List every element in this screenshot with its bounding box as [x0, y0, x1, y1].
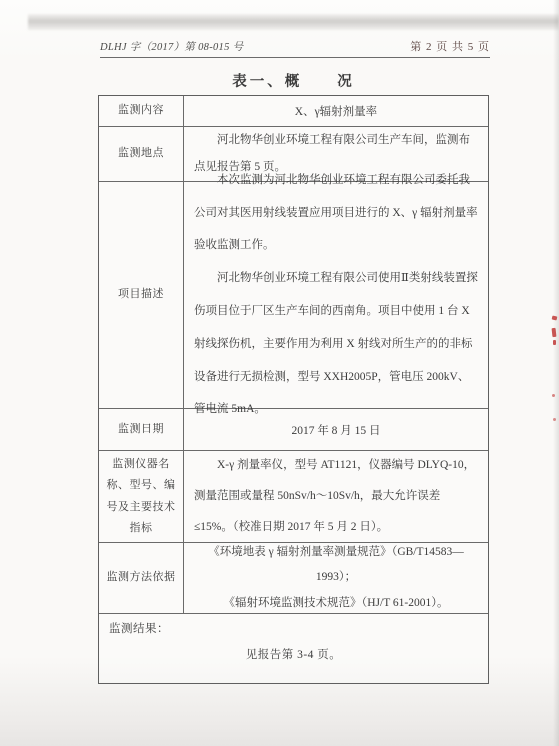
- row-value: 《环境地表 γ 辐射剂量率测量规范》（GB/T14583—1993）； 《辐射环…: [184, 543, 488, 613]
- row-label: 监测内容: [99, 96, 184, 126]
- table-row-monitor-result: 监测结果： 见报告第 3-4 页。: [99, 613, 488, 683]
- table-row-project-description: 项目描述 本次监测为河北物华创业环境工程有限公司委托我公司对其医用射线装置应用项…: [99, 181, 488, 408]
- row-value: 2017 年 8 月 15 日: [184, 409, 488, 450]
- table-row-monitor-date: 监测日期 2017 年 8 月 15 日: [99, 408, 488, 450]
- result-label: 监测结果：: [109, 620, 478, 636]
- overview-table: 监测内容 X、γ辐射剂量率 监测地点 河北物华创业环境工程有限公司生产车间，监测…: [98, 95, 489, 684]
- page-header: DLHJ 字（2017）第 08-015 号 第 2 页 共 5 页: [100, 38, 490, 58]
- row-label: 项目描述: [99, 182, 184, 408]
- row-label: 监测方法依据: [99, 543, 184, 613]
- table-row-monitor-content: 监测内容 X、γ辐射剂量率: [99, 96, 488, 126]
- instrument-specs-text: X-γ 剂量率仪，型号 AT1121，仪器编号 DLYQ-10，测量范围或量程 …: [194, 450, 478, 542]
- result-text: 见报告第 3-4 页。: [109, 646, 478, 662]
- method-standard-line: 《辐射环境监测技术规范》（HJ/T 61-2001）。: [194, 591, 478, 616]
- row-value: X-γ 剂量率仪，型号 AT1121，仪器编号 DLYQ-10，测量范围或量程 …: [184, 451, 488, 542]
- monitor-date-text: 2017 年 8 月 15 日: [291, 422, 380, 438]
- row-label: 监测地点: [99, 127, 184, 181]
- row-value: 监测结果： 见报告第 3-4 页。: [99, 614, 488, 683]
- table-row-instrument-specs: 监测仪器名称、型号、编号及主要技术指标 X-γ 剂量率仪，型号 AT1121，仪…: [99, 450, 488, 542]
- seal-fragment: [547, 314, 559, 424]
- row-label: 监测仪器名称、型号、编号及主要技术指标: [99, 451, 184, 542]
- table-row-method-basis: 监测方法依据 《环境地表 γ 辐射剂量率测量规范》（GB/T14583—1993…: [99, 542, 488, 613]
- project-description-paragraph: 河北物华创业环境工程有限公司使用Ⅱ类射线装置探伤项目位于厂区生产车间的西南角。项…: [194, 262, 478, 426]
- method-standard-line: 《环境地表 γ 辐射剂量率测量规范》（GB/T14583—1993）；: [194, 540, 478, 591]
- table-title: 表一、概 况: [232, 74, 355, 90]
- scanned-document-page: DLHJ 字（2017）第 08-015 号 第 2 页 共 5 页 表一、概 …: [0, 0, 559, 746]
- row-label: 监测日期: [99, 409, 184, 450]
- row-value: 本次监测为河北物华创业环境工程有限公司委托我公司对其医用射线装置应用项目进行的 …: [184, 182, 488, 408]
- monitor-content-text: X、γ辐射剂量率: [295, 103, 377, 119]
- row-value: X、γ辐射剂量率: [184, 96, 488, 126]
- document-number: DLHJ 字（2017）第 08-015 号: [100, 39, 243, 54]
- table-title-wrap: 表一、概 况: [98, 70, 489, 91]
- project-description-paragraph: 本次监测为河北物华创业环境工程有限公司委托我公司对其医用射线装置应用项目进行的 …: [194, 164, 478, 262]
- scan-shadow-band: [28, 14, 559, 30]
- page-indicator: 第 2 页 共 5 页: [410, 38, 490, 54]
